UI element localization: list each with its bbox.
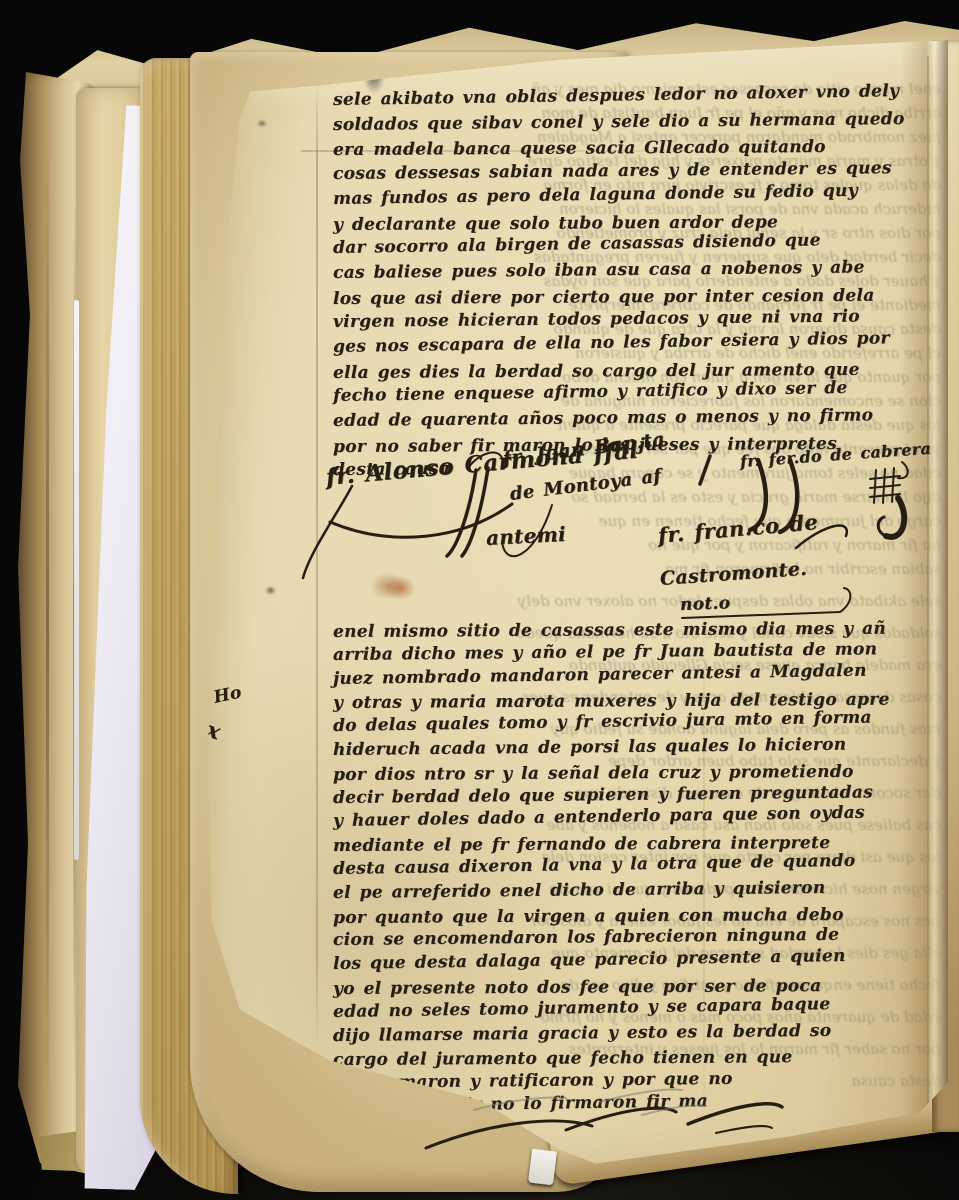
ante-mi-note: antemi xyxy=(485,522,566,550)
bleedthrough-line: cargo del juramento que fecho tienen en … xyxy=(209,512,941,530)
ink-dot xyxy=(265,586,276,595)
handwriting-line: enel mismo sitio de casassas este mismo … xyxy=(333,619,886,642)
bleedthrough-line: sele akibato vna oblas despues ledor no … xyxy=(209,592,941,610)
vellum-crease xyxy=(46,132,49,1112)
ink-dot xyxy=(257,120,267,127)
notary-title: not.o xyxy=(680,593,731,615)
handwriting-line: era madela banca quese sacia Gllecado qu… xyxy=(333,137,826,160)
manuscript-photograph: enel mismo sitio de casassas este mismo … xyxy=(0,0,959,1200)
bleedthrough-line: ha fir maron y ratificaron y por que no xyxy=(209,536,941,554)
rust-stain xyxy=(386,576,416,600)
page-curl-shading xyxy=(900,36,948,1168)
handwriting-line: cargo del juramento que fecho tienen en … xyxy=(333,1047,793,1070)
white-sheet-edge xyxy=(74,300,79,860)
main-manuscript-page: enel mismo sitio de casassas este mismo … xyxy=(205,36,948,1168)
white-paper-tab xyxy=(528,1149,557,1186)
margin-fold-crease xyxy=(316,80,318,1048)
handwriting-line: los que asi diere por cierto que por int… xyxy=(333,286,875,309)
handwriting-line: por dios ntro sr y la señal dela cruz y … xyxy=(333,762,854,785)
bleedthrough-line: sabian escribir no lo firmaron fir ma xyxy=(209,560,941,578)
